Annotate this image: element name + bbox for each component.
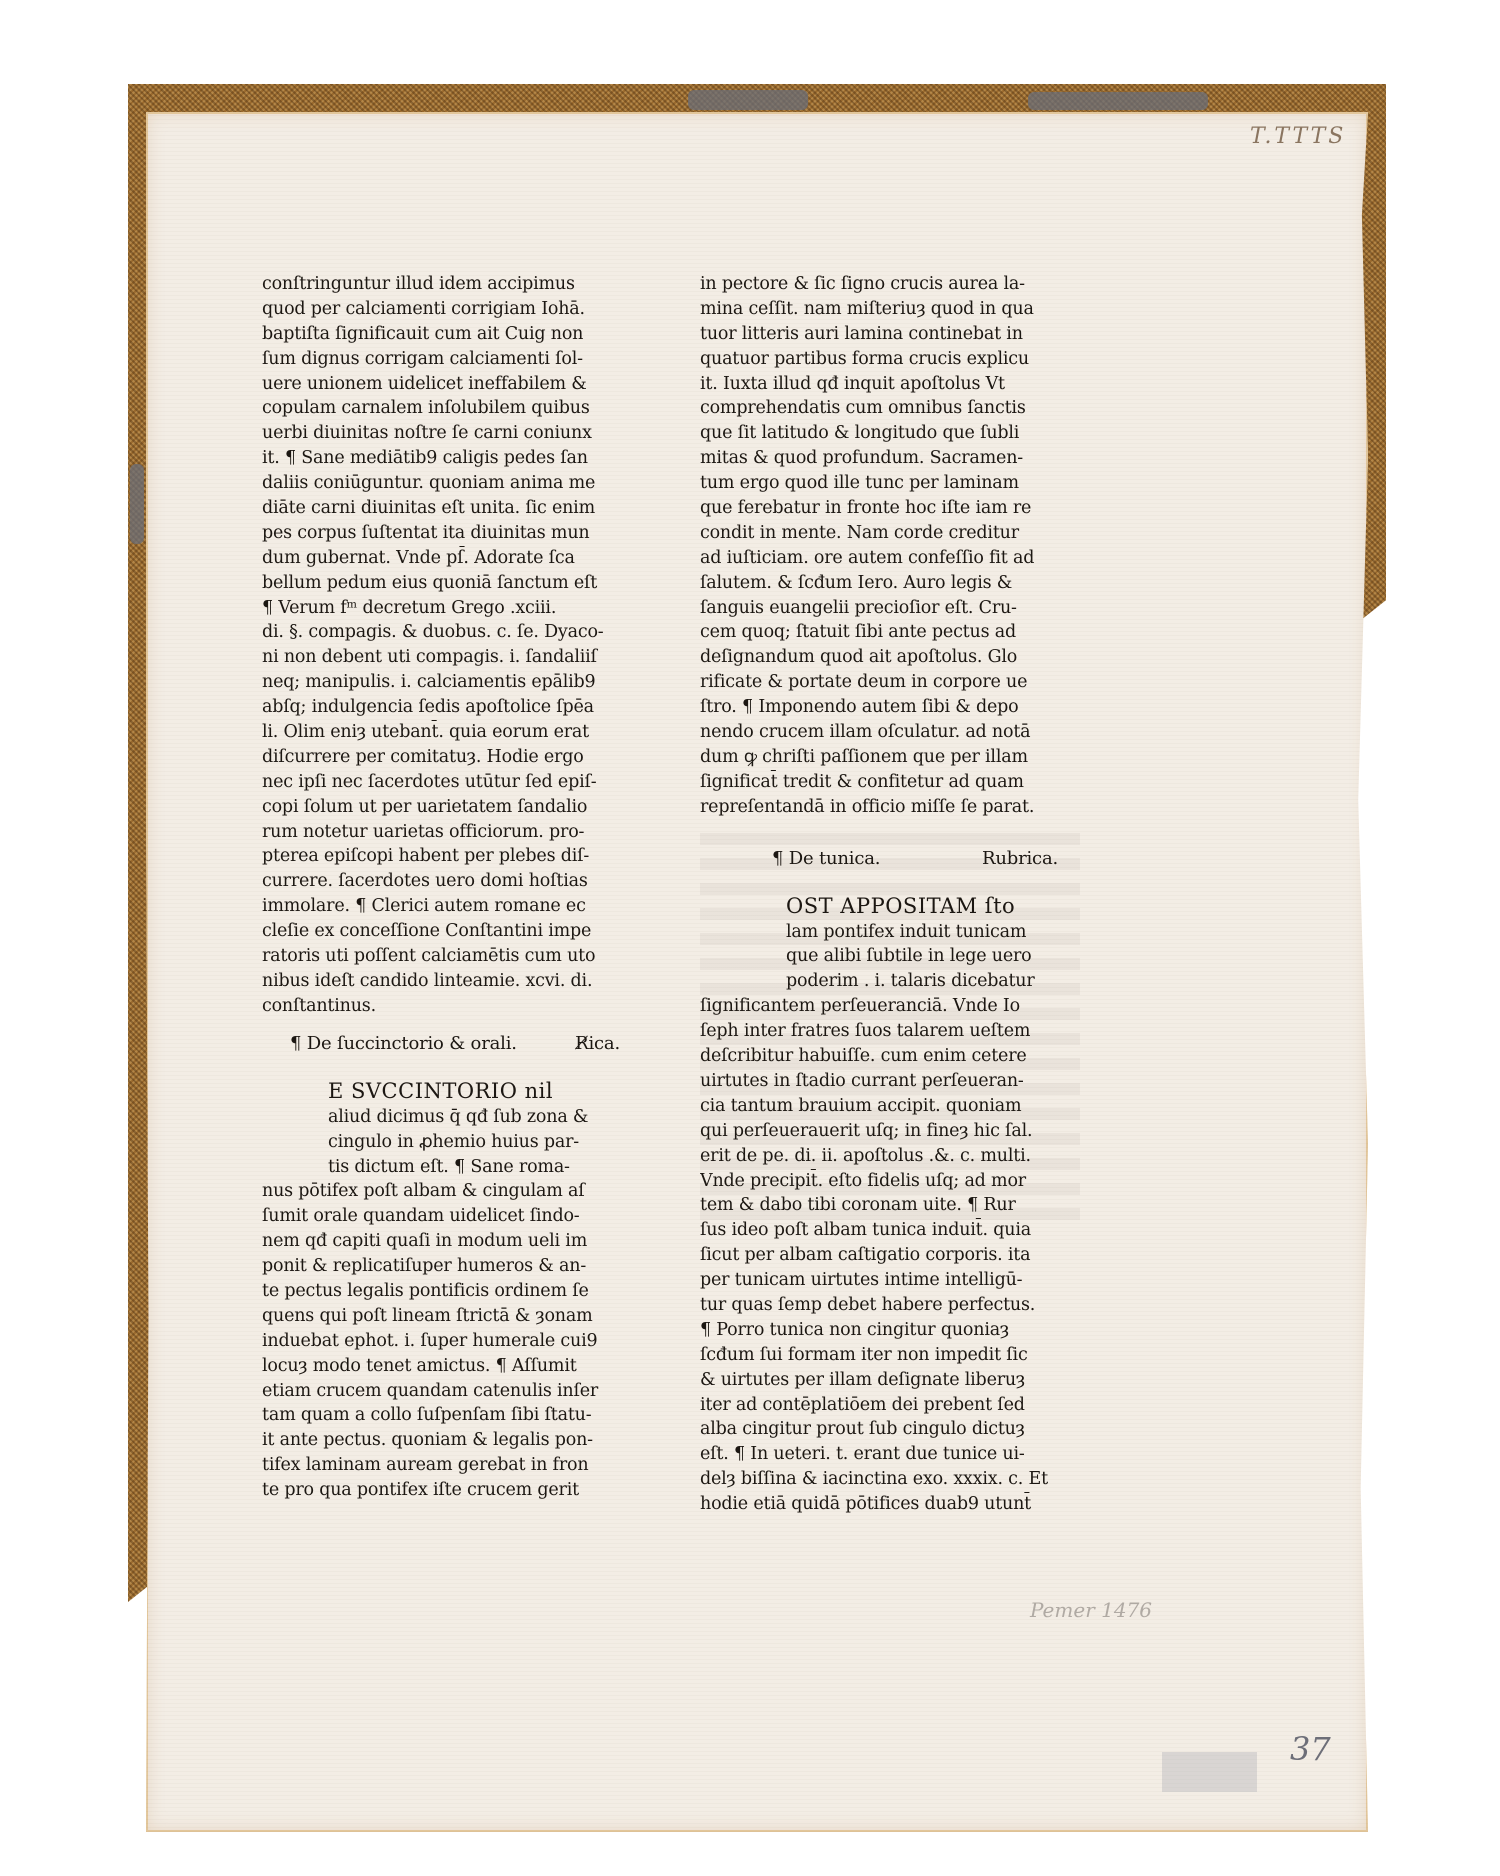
text-line: que ferebatur in fronte hoc iſte iam re bbox=[700, 496, 1082, 521]
text-line: nem qđ capiti quaſi in modum ueli im bbox=[262, 1229, 644, 1254]
incipit-line: E SVCCINTORIO nil bbox=[262, 1075, 644, 1105]
text-line: te pectus legalis pontificis ordinem ſe bbox=[262, 1279, 644, 1304]
cloth-stain bbox=[688, 90, 808, 110]
text-line: li. Olim eniȝ utebant̄. quia eorum erat bbox=[262, 720, 644, 745]
text-line: deſcribitur habuiſſe. cum enim cetere bbox=[700, 1044, 1082, 1069]
left-text-block: conſtringuntur illud idem accipimus quod… bbox=[262, 272, 644, 1019]
text-line: conſtantinus. bbox=[262, 994, 644, 1019]
heading-rubric-label: Rubrica. bbox=[982, 834, 1058, 884]
text-line: in pectore & ſic ſigno crucis aurea la- bbox=[700, 272, 1082, 297]
incipit-block: E SVCCINTORIO nil aliud dicimus q̄ qđ ſu… bbox=[262, 1075, 644, 1180]
incipit-line: cingulo in ꝓhemio huius par- bbox=[262, 1130, 644, 1155]
text-line: qui perſeuerauerit uſq; in fineȝ hic ſal… bbox=[700, 1119, 1082, 1144]
cloth-stain bbox=[1028, 92, 1208, 110]
text-line: it ante pectus. quoniam & legalis pon- bbox=[262, 1428, 644, 1453]
text-line: ratoris uti poſſent calciamētis cum uto bbox=[262, 944, 644, 969]
text-line: que ſit latitudo & longitudo que ſubli bbox=[700, 421, 1082, 446]
text-line: ponit & replicatiſuper humeros & an- bbox=[262, 1254, 644, 1279]
text-line: ſtro. ¶ Imponendo autem ſibi & depo bbox=[700, 695, 1082, 720]
text-line: ſicut per albam caſtigatio corporis. ita bbox=[700, 1243, 1082, 1268]
text-line: it. Iuxta illud qđ inquit apoſtolus Vt bbox=[700, 372, 1082, 397]
text-line: hodie etiā quidā pōtifices duab9 utunt̄ bbox=[700, 1492, 1082, 1517]
text-line: mina ceſſit. nam miſteriuȝ quod in qua bbox=[700, 297, 1082, 322]
annotation-top-right: T.TTTS bbox=[1250, 124, 1346, 149]
left-text-block-2: nus pōtifex poſt albam & cingulam aſ ſum… bbox=[262, 1179, 644, 1503]
section-heading-succinctorio: ¶ De ſuccinctorio & orali. R̸ica. bbox=[262, 1019, 644, 1061]
text-line: cleſie ex conceſſione Conſtantini impe bbox=[262, 919, 644, 944]
heading-title: ¶ De ſuccinctorio & orali. bbox=[262, 1033, 517, 1054]
text-line: tuor litteris auri lamina continebat in bbox=[700, 322, 1082, 347]
incipit-line: aliud dicimus q̄ qđ ſub zona & bbox=[262, 1105, 644, 1130]
text-line: nendo crucem illam oſculatur. ad notā bbox=[700, 720, 1082, 745]
text-line: condit in mente. Nam corde creditur bbox=[700, 521, 1082, 546]
incipit-line: OST APPOSITAM ſto bbox=[700, 890, 1082, 920]
text-line: comprehendatis cum omnibus ſanctis bbox=[700, 396, 1082, 421]
text-line: tem & dabo tibi coronam uite. ¶ Rur bbox=[700, 1193, 1082, 1218]
text-line: ni non debent uti compagis. i. ſandaliiſ bbox=[262, 645, 644, 670]
text-line: & uirtutes per illam deſignate liberuȝ bbox=[700, 1368, 1082, 1393]
right-text-block: in pectore & ſic ſigno crucis aurea la- … bbox=[700, 272, 1082, 820]
incipit-block: OST APPOSITAM ſto lam pontifex induit tu… bbox=[700, 890, 1082, 995]
text-line: diſcurrere per comitatuȝ. Hodie ergo bbox=[262, 745, 644, 770]
text-line: uere unionem uidelicet ineffabilem & bbox=[262, 372, 644, 397]
text-line: copi ſolum ut per uarietatem ſandalio bbox=[262, 795, 644, 820]
text-line: ſum dignus corrigam calciamenti ſol- bbox=[262, 347, 644, 372]
text-line: te pro qua pontifex iſte crucem gerit bbox=[262, 1478, 644, 1503]
text-line: dum gubernat. Vnde pſ̄. Adorate ſca bbox=[262, 546, 644, 571]
text-line: cem quoq; ſtatuit ſibi ante pectus ad bbox=[700, 620, 1082, 645]
text-line: ad iuſticiam. ore autem confeſſio fit ad bbox=[700, 546, 1082, 571]
incipit-line: tis dictum eſt. ¶ Sane roma- bbox=[262, 1155, 644, 1180]
text-line: tum ergo quod ille tunc per laminam bbox=[700, 471, 1082, 496]
text-line: quens qui poſt lineam ſtrictā & ȝonam bbox=[262, 1304, 644, 1329]
text-line: ſignificantem perſeueranciā. Vnde Io bbox=[700, 994, 1082, 1019]
text-line: repreſentandā in officio miſſe ſe parat. bbox=[700, 795, 1082, 820]
text-line: ¶ Porro tunica non cingitur quoniaȝ bbox=[700, 1318, 1082, 1343]
text-line: Vnde precipit̄. eſto fidelis uſq; ad mor bbox=[700, 1169, 1082, 1194]
text-line: deſignandum quod ait apoſtolus. Glo bbox=[700, 645, 1082, 670]
text-line: it. ¶ Sane mediātib9 caligis pedes ſan bbox=[262, 446, 644, 471]
text-line: alba cingitur prout ſub cingulo dictuȝ bbox=[700, 1417, 1082, 1442]
cloth-stain bbox=[130, 464, 144, 544]
text-line: immolare. ¶ Clerici autem romane ec bbox=[262, 894, 644, 919]
right-text-block-2: ſignificantem perſeueranciā. Vnde Io ſep… bbox=[700, 994, 1082, 1517]
text-line: nus pōtifex poſt albam & cingulam aſ bbox=[262, 1179, 644, 1204]
text-line: eſt. ¶ In ueteri. t. erant due tunice ui… bbox=[700, 1442, 1082, 1467]
text-line: diāte carni diuinitas eſt unita. ſic eni… bbox=[262, 496, 644, 521]
text-line: tam quam a collo ſuſpenſam ſibi ſtatu- bbox=[262, 1403, 644, 1428]
text-line: ſeph inter fratres ſuos talarem ueſtem bbox=[700, 1019, 1082, 1044]
incipit-line: que alibi ſubtile in lege uero bbox=[700, 944, 1082, 969]
text-line: currere. ſacerdotes uero domi hoſtias bbox=[262, 869, 644, 894]
text-line: quod per calciamenti corrigiam Iohā. bbox=[262, 297, 644, 322]
text-line: iter ad contēplatiōem dei prebent ſed bbox=[700, 1393, 1082, 1418]
text-line: ſalutem. & ſcđum Iero. Auro legis & bbox=[700, 571, 1082, 596]
text-line: uerbi diuinitas noſtre ſe carni coniunx bbox=[262, 421, 644, 446]
text-line: daliis coniūguntur. quoniam anima me bbox=[262, 471, 644, 496]
text-line: locuȝ modo tenet amictus. ¶ Aſſumit bbox=[262, 1354, 644, 1379]
text-line: mitas & quod profundum. Sacramen- bbox=[700, 446, 1082, 471]
text-line: uirtutes in ſtadio currant perſeueran- bbox=[700, 1069, 1082, 1094]
text-line: pes corpus ſuſtentat ita diuinitas mun bbox=[262, 521, 644, 546]
incipit-line: poderim . i. talaris dicebatur bbox=[700, 969, 1082, 994]
smudge bbox=[1162, 1752, 1257, 1792]
text-line: ſcđum ſui formam iter non impedit ſic bbox=[700, 1343, 1082, 1368]
page-number: 37 bbox=[1290, 1730, 1331, 1768]
text-line: copulam carnalem inſolubilem quibus bbox=[262, 396, 644, 421]
text-line: bellum pedum eius quoniā ſanctum eſt bbox=[262, 571, 644, 596]
right-column: in pectore & ſic ſigno crucis aurea la- … bbox=[700, 272, 1082, 1517]
text-line: ¶ Verum fᵐ decretum Grego .xciii. bbox=[262, 596, 644, 621]
incipit-line: lam pontifex induit tunicam bbox=[700, 920, 1082, 945]
section-heading-tunica: ¶ De tunica. Rubrica. bbox=[700, 834, 1082, 876]
text-line: tifex laminam auream gerebat in fron bbox=[262, 1453, 644, 1478]
left-column: conſtringuntur illud idem accipimus quod… bbox=[262, 272, 644, 1503]
text-line: induebat ephot. i. ſuper humerale cui9 bbox=[262, 1329, 644, 1354]
text-line: ſumit orale quandam uidelicet ſindo- bbox=[262, 1204, 644, 1229]
heading-title: ¶ De tunica. bbox=[700, 848, 880, 869]
text-line: rum notetur uarietas officiorum. pro- bbox=[262, 820, 644, 845]
text-line: quatuor partibus forma crucis explicu bbox=[700, 347, 1082, 372]
text-line: ſignificat̄ tredit & confitetur ad quam bbox=[700, 770, 1082, 795]
spacer bbox=[700, 820, 1082, 834]
text-line: per tunicam uirtutes intime intelligū- bbox=[700, 1268, 1082, 1293]
text-line: neq; manipulis. i. calciamentis epālib9 bbox=[262, 670, 644, 695]
text-line: dum ꝙ chriſti paſſionem que per illam bbox=[700, 745, 1082, 770]
heading-rubric-label: R̸ica. bbox=[575, 1019, 620, 1069]
text-line: di. §. compagis. & duobus. c. ſe. Dyaco- bbox=[262, 620, 644, 645]
text-line: baptiſta ſignificauit cum ait Cuig non bbox=[262, 322, 644, 347]
text-line: nibus ideſt candido linteamie. xcvi. di. bbox=[262, 969, 644, 994]
text-line: pterea epiſcopi habent per plebes diſ- bbox=[262, 844, 644, 869]
text-line: ſanguis euangelii precioſior eſt. Cru- bbox=[700, 596, 1082, 621]
text-line: delȝ biſſina & iacinctina exo. xxxix. c.… bbox=[700, 1467, 1082, 1492]
text-line: conſtringuntur illud idem accipimus bbox=[262, 272, 644, 297]
text-line: etiam crucem quandam catenulis inſer bbox=[262, 1379, 644, 1404]
text-line: cia tantum brauium accipit. quoniam bbox=[700, 1094, 1082, 1119]
text-line: nec ipſi nec ſacerdotes utūtur ſed epiſ- bbox=[262, 770, 644, 795]
text-line: abſq; indulgencia ſedis apoſtolice ſpēa bbox=[262, 695, 644, 720]
text-line: rificate & portate deum in corpore ue bbox=[700, 670, 1082, 695]
text-line: tur quas ſemp debet habere perfectus. bbox=[700, 1293, 1082, 1318]
text-line: ſus ideo poſt albam tunica induit̄. quia bbox=[700, 1218, 1082, 1243]
annotation-date: Pemer 1476 bbox=[1030, 1598, 1152, 1622]
text-line: erit de pe. di. ii. apoſtolus .&. c. mul… bbox=[700, 1144, 1082, 1169]
